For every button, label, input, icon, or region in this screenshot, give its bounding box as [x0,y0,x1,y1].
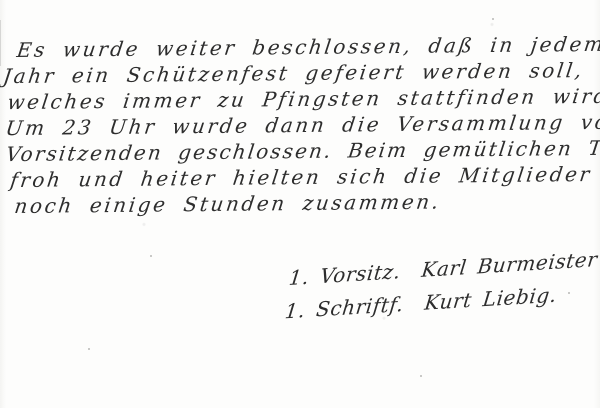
paper-speck [420,375,422,377]
signature-name-secretary: Kurt Liebig. [423,283,558,315]
scan-edge-artifact [0,20,1,66]
paper-speck [88,348,90,350]
manuscript-body: Es wurde weiter beschlossen, daß in jede… [7,31,595,219]
manuscript-page: Es wurde weiter beschlossen, daß in jede… [0,0,600,408]
signature-role-secretary: 1. Schriftf. [284,292,405,323]
signature-block: 1. Vorsitz. Karl Burmeister 1. Schriftf.… [288,243,600,328]
manuscript-line-7: noch einige Stunden zusammen. [13,187,598,219]
signature-role-chairman: 1. Vorsitz. [288,259,402,290]
paper-speck [492,18,494,20]
paper-speck [150,255,152,257]
